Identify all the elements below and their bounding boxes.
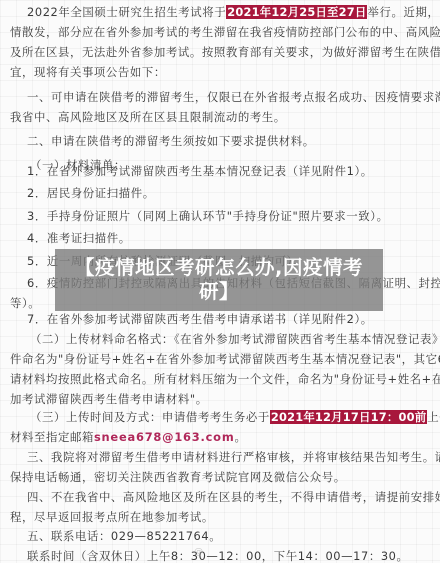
intro-line-1: 2022年全国硕士研究生招生考试将于2021年12月25日至27日举行。近期，陕… bbox=[27, 5, 440, 19]
intro-line-3: 及所在区县，无法赴外省参加考试。按照教育部有关要求，为做好滞留考生在陕借考事 bbox=[10, 45, 440, 59]
upload-text: 上传申请 bbox=[427, 410, 440, 424]
upload-text: 材料至指定邮箱 bbox=[10, 430, 94, 444]
material-item-1: 1．在省外参加考试滞留陕西考生基本情况登记表（详见附件1）。 bbox=[27, 164, 373, 178]
section-3-line-2: 保持电话畅通，密切关注陕西省教育考试院官网及微信公众号。 bbox=[10, 470, 346, 484]
material-item-3: 3．手持身份证照片（同网上确认环节"手持身份证"照片要求一致）。 bbox=[27, 209, 389, 223]
intro-text: 举行。近期，陕西疫 bbox=[367, 5, 440, 19]
section-4-line-2: 程，尽早返回报考点所在地参加考试。 bbox=[10, 510, 214, 524]
watermark: @ bbox=[194, 547, 236, 559]
upload-time-line-1: （三）上传时间及方式：申请借考考生务必于2021年12月17日17：00前上传申… bbox=[30, 410, 440, 424]
section-4-line-1: 四、不在我省中、高风险地区及所在区县的考生，不得申请借考，请提前安排好行 bbox=[27, 490, 440, 504]
intro-line-2: 情散发，部分应在省外参加考试的考生滞留在我省疫情防控部门公布的中、高风险地区 bbox=[10, 25, 440, 39]
section-1-line-2: 我省中、高风险地区及所在区县且限制流动的考生。 bbox=[10, 110, 286, 124]
upload-text: 。 bbox=[234, 430, 246, 444]
material-item-6-cont: 等）。 bbox=[10, 296, 40, 310]
material-item-7: 7．在省外参加考试滞留陕西考生借考申请承诺书（详见附件2）。 bbox=[27, 312, 373, 326]
overlay-title: 【疫情地区考研怎么办,因疫情考研】 bbox=[69, 256, 369, 304]
exam-date-highlight: 2021年12月25日至27日 bbox=[226, 5, 367, 19]
section-3-line-1: 三、我院将对滞留考生借考申请材料进行严格审核，并将审核结果告知考生。请考生 bbox=[27, 450, 440, 464]
naming-format-line-3: 请材料均按照此格式命名。所有材料压缩为一个文件，命名为"身份证号+姓名+在省外参 bbox=[10, 372, 440, 386]
deadline-highlight: 2021年12月17日17：00前 bbox=[270, 410, 427, 424]
title-overlay-banner: 【疫情地区考研怎么办,因疫情考研】 bbox=[55, 249, 383, 311]
naming-format-line-2: 件命名为"身份证号+姓名+在省外参加考试滞留陕西考生基本情况登记表"，其它6项申 bbox=[10, 352, 440, 366]
naming-format-line-4: 加考试滞留陕西考生借考申请材料"。 bbox=[10, 392, 208, 406]
upload-time-line-2: 材料至指定邮箱sneea678@163.com。 bbox=[10, 430, 246, 444]
section-2-heading: 二、申请在陕借考的滞留考生须按如下要求提供材料。 bbox=[27, 134, 315, 148]
naming-format-line-1: （二）上传材料命名格式：《在省外参加考试滞留陕西省考生基本情况登记表》扫描 bbox=[30, 332, 440, 346]
section-1-line-1: 一、可申请在陕借考的滞留考生，仅限已在外省报考点报名成功、因疫情要求滞留在 bbox=[27, 90, 440, 104]
material-item-4: 4．准考证扫描件。 bbox=[27, 231, 131, 245]
intro-text: 2022年全国硕士研究生招生考试将于 bbox=[27, 5, 226, 19]
contact-phone: 五、联系电话：029—85221764。 bbox=[27, 529, 221, 543]
material-item-2: 2．居民身份证扫描件。 bbox=[27, 186, 155, 200]
intro-line-4: 宜，现将有关事项公告如下： bbox=[10, 65, 166, 79]
upload-text: （三）上传时间及方式：申请借考考生务必于 bbox=[30, 410, 270, 424]
watermark-icon: @ bbox=[194, 547, 203, 557]
email-link[interactable]: sneea678@163.com bbox=[94, 430, 235, 444]
